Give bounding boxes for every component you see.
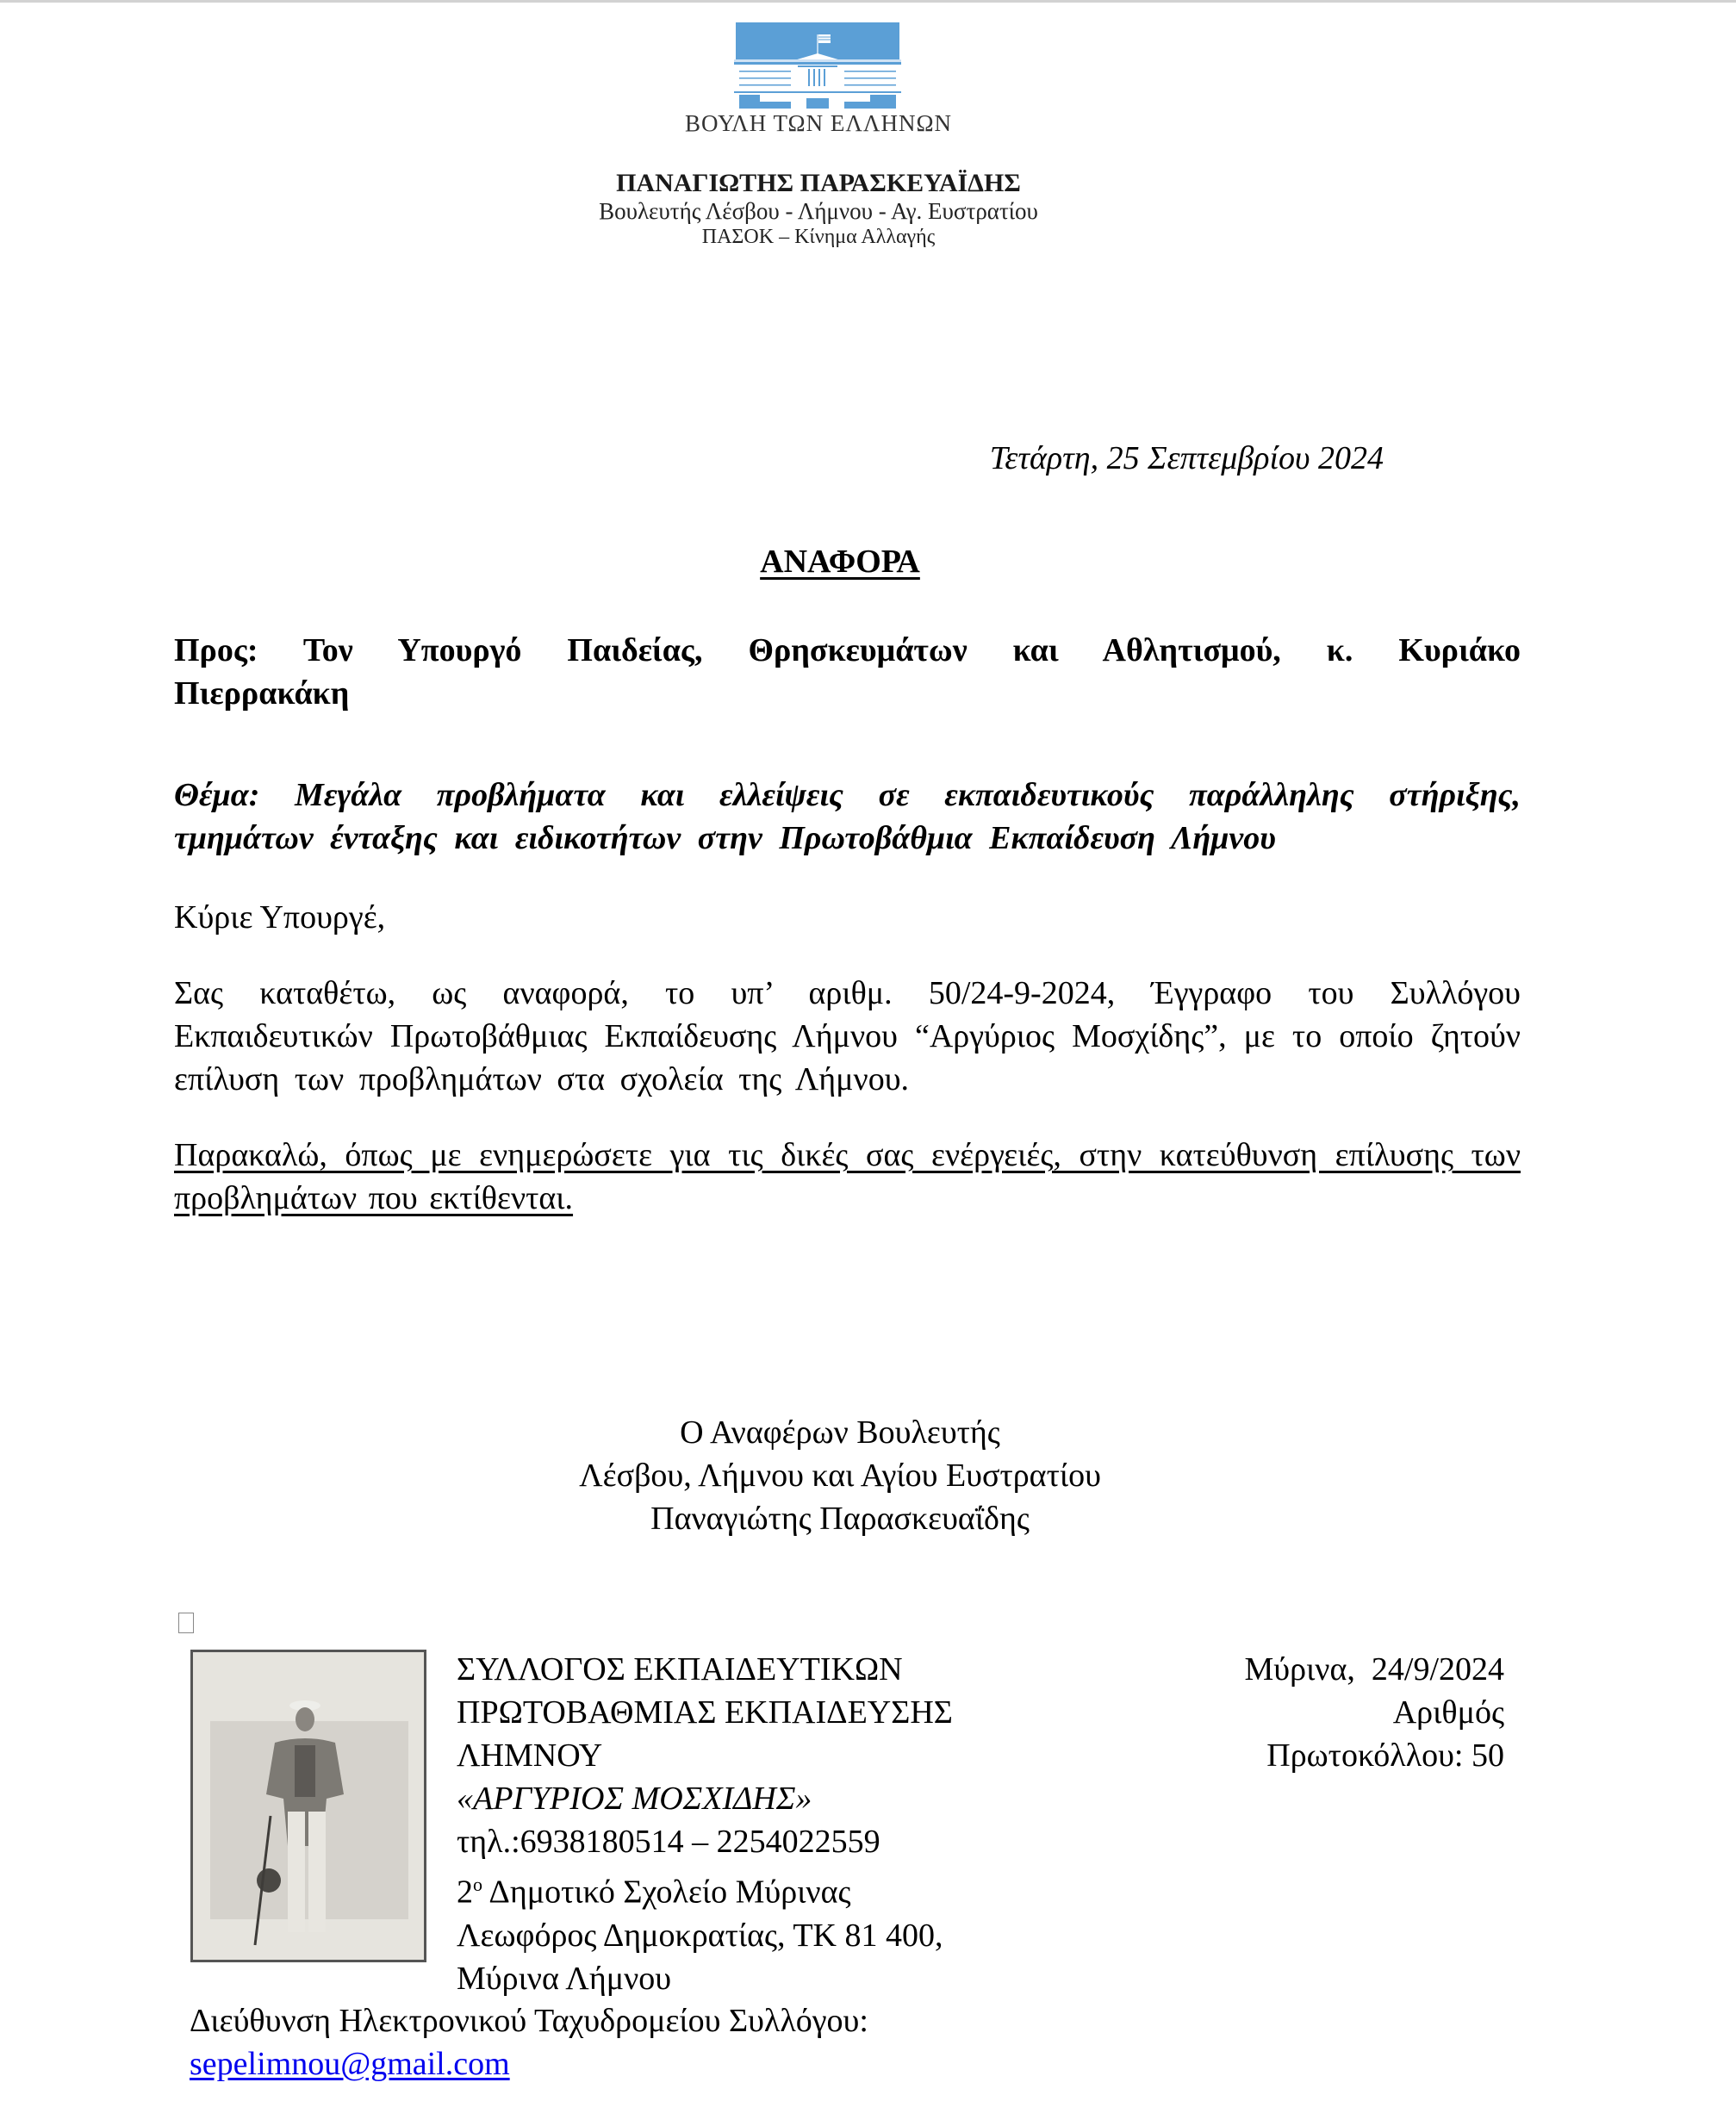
association-phone: τηλ.:6938180514 – 2254022559 (457, 1820, 953, 1863)
hellenic-parliament-logo-icon (734, 22, 901, 109)
mp-constituency: Βουλευτής Λέσβου - Λήμνου - Αγ. Ευστρατί… (482, 198, 1154, 225)
signature-line: Παναγιώτης Παρασκευαΐδης (495, 1497, 1185, 1540)
request-paragraph: Παρακαλώ, όπως με ενημερώσετε για τις δι… (174, 1134, 1521, 1220)
parliament-name: ΒΟΥΛΗ ΤΩΝ ΕΛΛΗΝΩΝ (603, 110, 1034, 137)
body-paragraph: Σας καταθέτω, ως αναφορά, το υπ’ αριθμ. … (174, 972, 1521, 1101)
association-namesake: «ΑΡΓΥΡΙΟΣ ΜΟΣΧΙΔΗΣ» (457, 1777, 953, 1820)
document-date: Τετάρτη, 25 Σεπτεμβρίου 2024 (862, 439, 1384, 477)
greeting: Κύριε Υπουργέ, (174, 896, 1521, 939)
association-school: 2ο Δημοτικό Σχολείο Μύρινας (457, 1863, 953, 1914)
association-city: Μύρινα Λήμνου (457, 1957, 953, 2000)
place-date: Μύρινα, 24/9/2024 (1120, 1648, 1504, 1691)
protocol-info: Μύρινα, 24/9/2024 Αριθμός Πρωτοκόλλου: 5… (1120, 1648, 1504, 1777)
signature-block: Ο Αναφέρων Βουλευτής Λέσβου, Λήμνου και … (495, 1411, 1185, 1540)
page-top-border (0, 0, 1736, 3)
recipient: Προς: Τον Υπουργό Παιδείας, Θρησκευμάτων… (174, 629, 1521, 715)
mp-party: ΠΑΣΟΚ – Κίνημα Αλλαγής (482, 226, 1154, 249)
subject: Θέμα: Μεγάλα προβλήματα και ελλείψεις σε… (174, 774, 1521, 860)
mp-name: ΠΑΝΑΓΙΩΤΗΣ ΠΑΡΑΣΚΕΥΑΪΔΗΣ (482, 169, 1154, 198)
association-name-line: ΛΗΜΝΟΥ (457, 1734, 953, 1777)
protocol-number: Πρωτοκόλλου: 50 (1120, 1734, 1504, 1777)
association-details: ΣΥΛΛΟΓΟΣ ΕΚΠΑΙΔΕΥΤΙΚΩΝ ΠΡΩΤΟΒΑΘΜΙΑΣ ΕΚΠΑ… (457, 1648, 953, 2000)
association-street: Λεωφόρος Δημοκρατίας, ΤΚ 81 400, (457, 1914, 953, 1957)
document-title: ΑΝΑΦΟΡΑ (582, 543, 1098, 581)
signature-line: Ο Αναφέρων Βουλευτής (495, 1411, 1185, 1454)
email-link[interactable]: sepelimnou@gmail.com (190, 2045, 510, 2083)
missing-glyph-icon (178, 1613, 194, 1633)
email-label: Διεύθυνση Ηλεκτρονικού Ταχυδρομείου Συλλ… (190, 2002, 868, 2040)
signature-line: Λέσβου, Λήμνου και Αγίου Ευστρατίου (495, 1454, 1185, 1497)
portrait-photo-icon (190, 1650, 426, 1962)
association-name-line: ΣΥΛΛΟΓΟΣ ΕΚΠΑΙΔΕΥΤΙΚΩΝ (457, 1648, 953, 1691)
protocol-label: Αριθμός (1120, 1691, 1504, 1734)
association-name-line: ΠΡΩΤΟΒΑΘΜΙΑΣ ΕΚΠΑΙΔΕΥΣΗΣ (457, 1691, 953, 1734)
